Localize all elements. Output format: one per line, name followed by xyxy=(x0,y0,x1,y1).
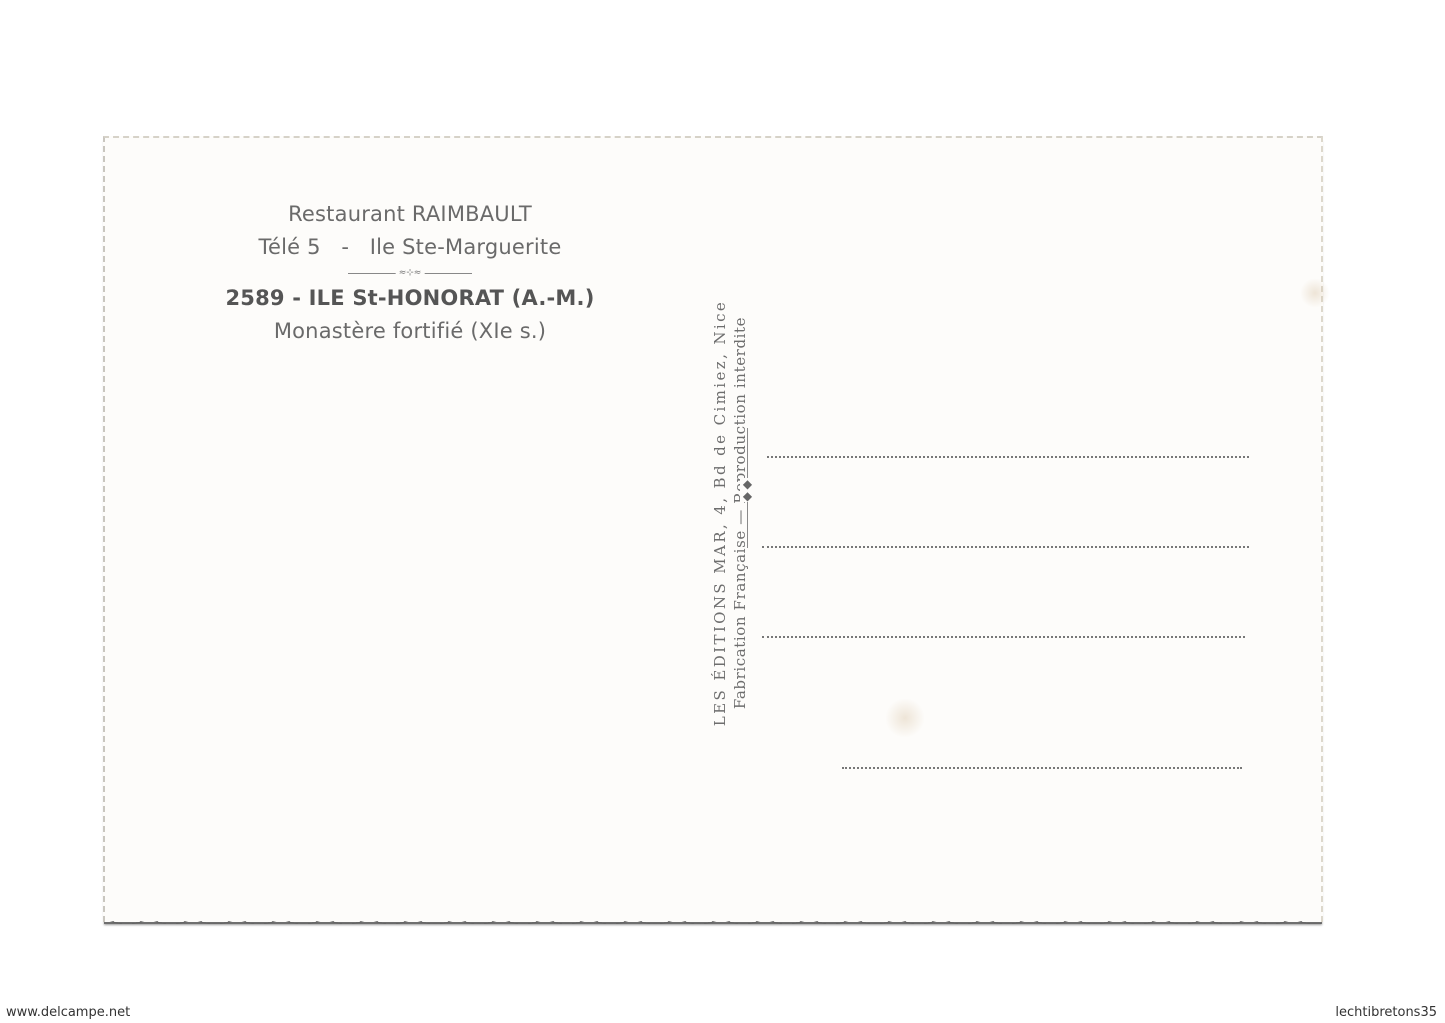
postcard-back: Restaurant RAIMBAULT Télé 5 - Ile Ste-Ma… xyxy=(103,136,1323,922)
caption-block: Restaurant RAIMBAULT Télé 5 - Ile Ste-Ma… xyxy=(200,198,620,348)
restaurant-phone-location: Télé 5 - Ile Ste-Marguerite xyxy=(200,231,620,264)
address-line-4 xyxy=(842,767,1242,769)
ornament-rule: ≈⊹≈ xyxy=(348,268,472,278)
divider-ornament-icon: ◆◆ xyxy=(740,478,755,502)
paper-stain xyxy=(1300,278,1330,308)
publisher-line: LES ÉDITIONS MAR, 4, Bd de Cimiez, Nice xyxy=(710,248,730,778)
watermark-site: www.delcampe.net xyxy=(6,1005,130,1020)
ornament-icon: ≈⊹≈ xyxy=(396,268,425,278)
restaurant-name: Restaurant RAIMBAULT xyxy=(200,198,620,231)
publisher-imprint: LES ÉDITIONS MAR, 4, Bd de Cimiez, Nice … xyxy=(690,248,770,778)
card-subtitle: Monastère fortifié (XIe s.) xyxy=(200,315,620,348)
card-title: 2589 - ILE St-HONORAT (A.-M.) xyxy=(200,282,620,315)
address-line-1 xyxy=(767,456,1249,458)
paper-stain xyxy=(885,698,925,738)
address-line-2 xyxy=(762,546,1249,548)
watermark-seller: lechtibretons35 xyxy=(1335,1005,1437,1020)
address-line-3 xyxy=(762,636,1245,638)
